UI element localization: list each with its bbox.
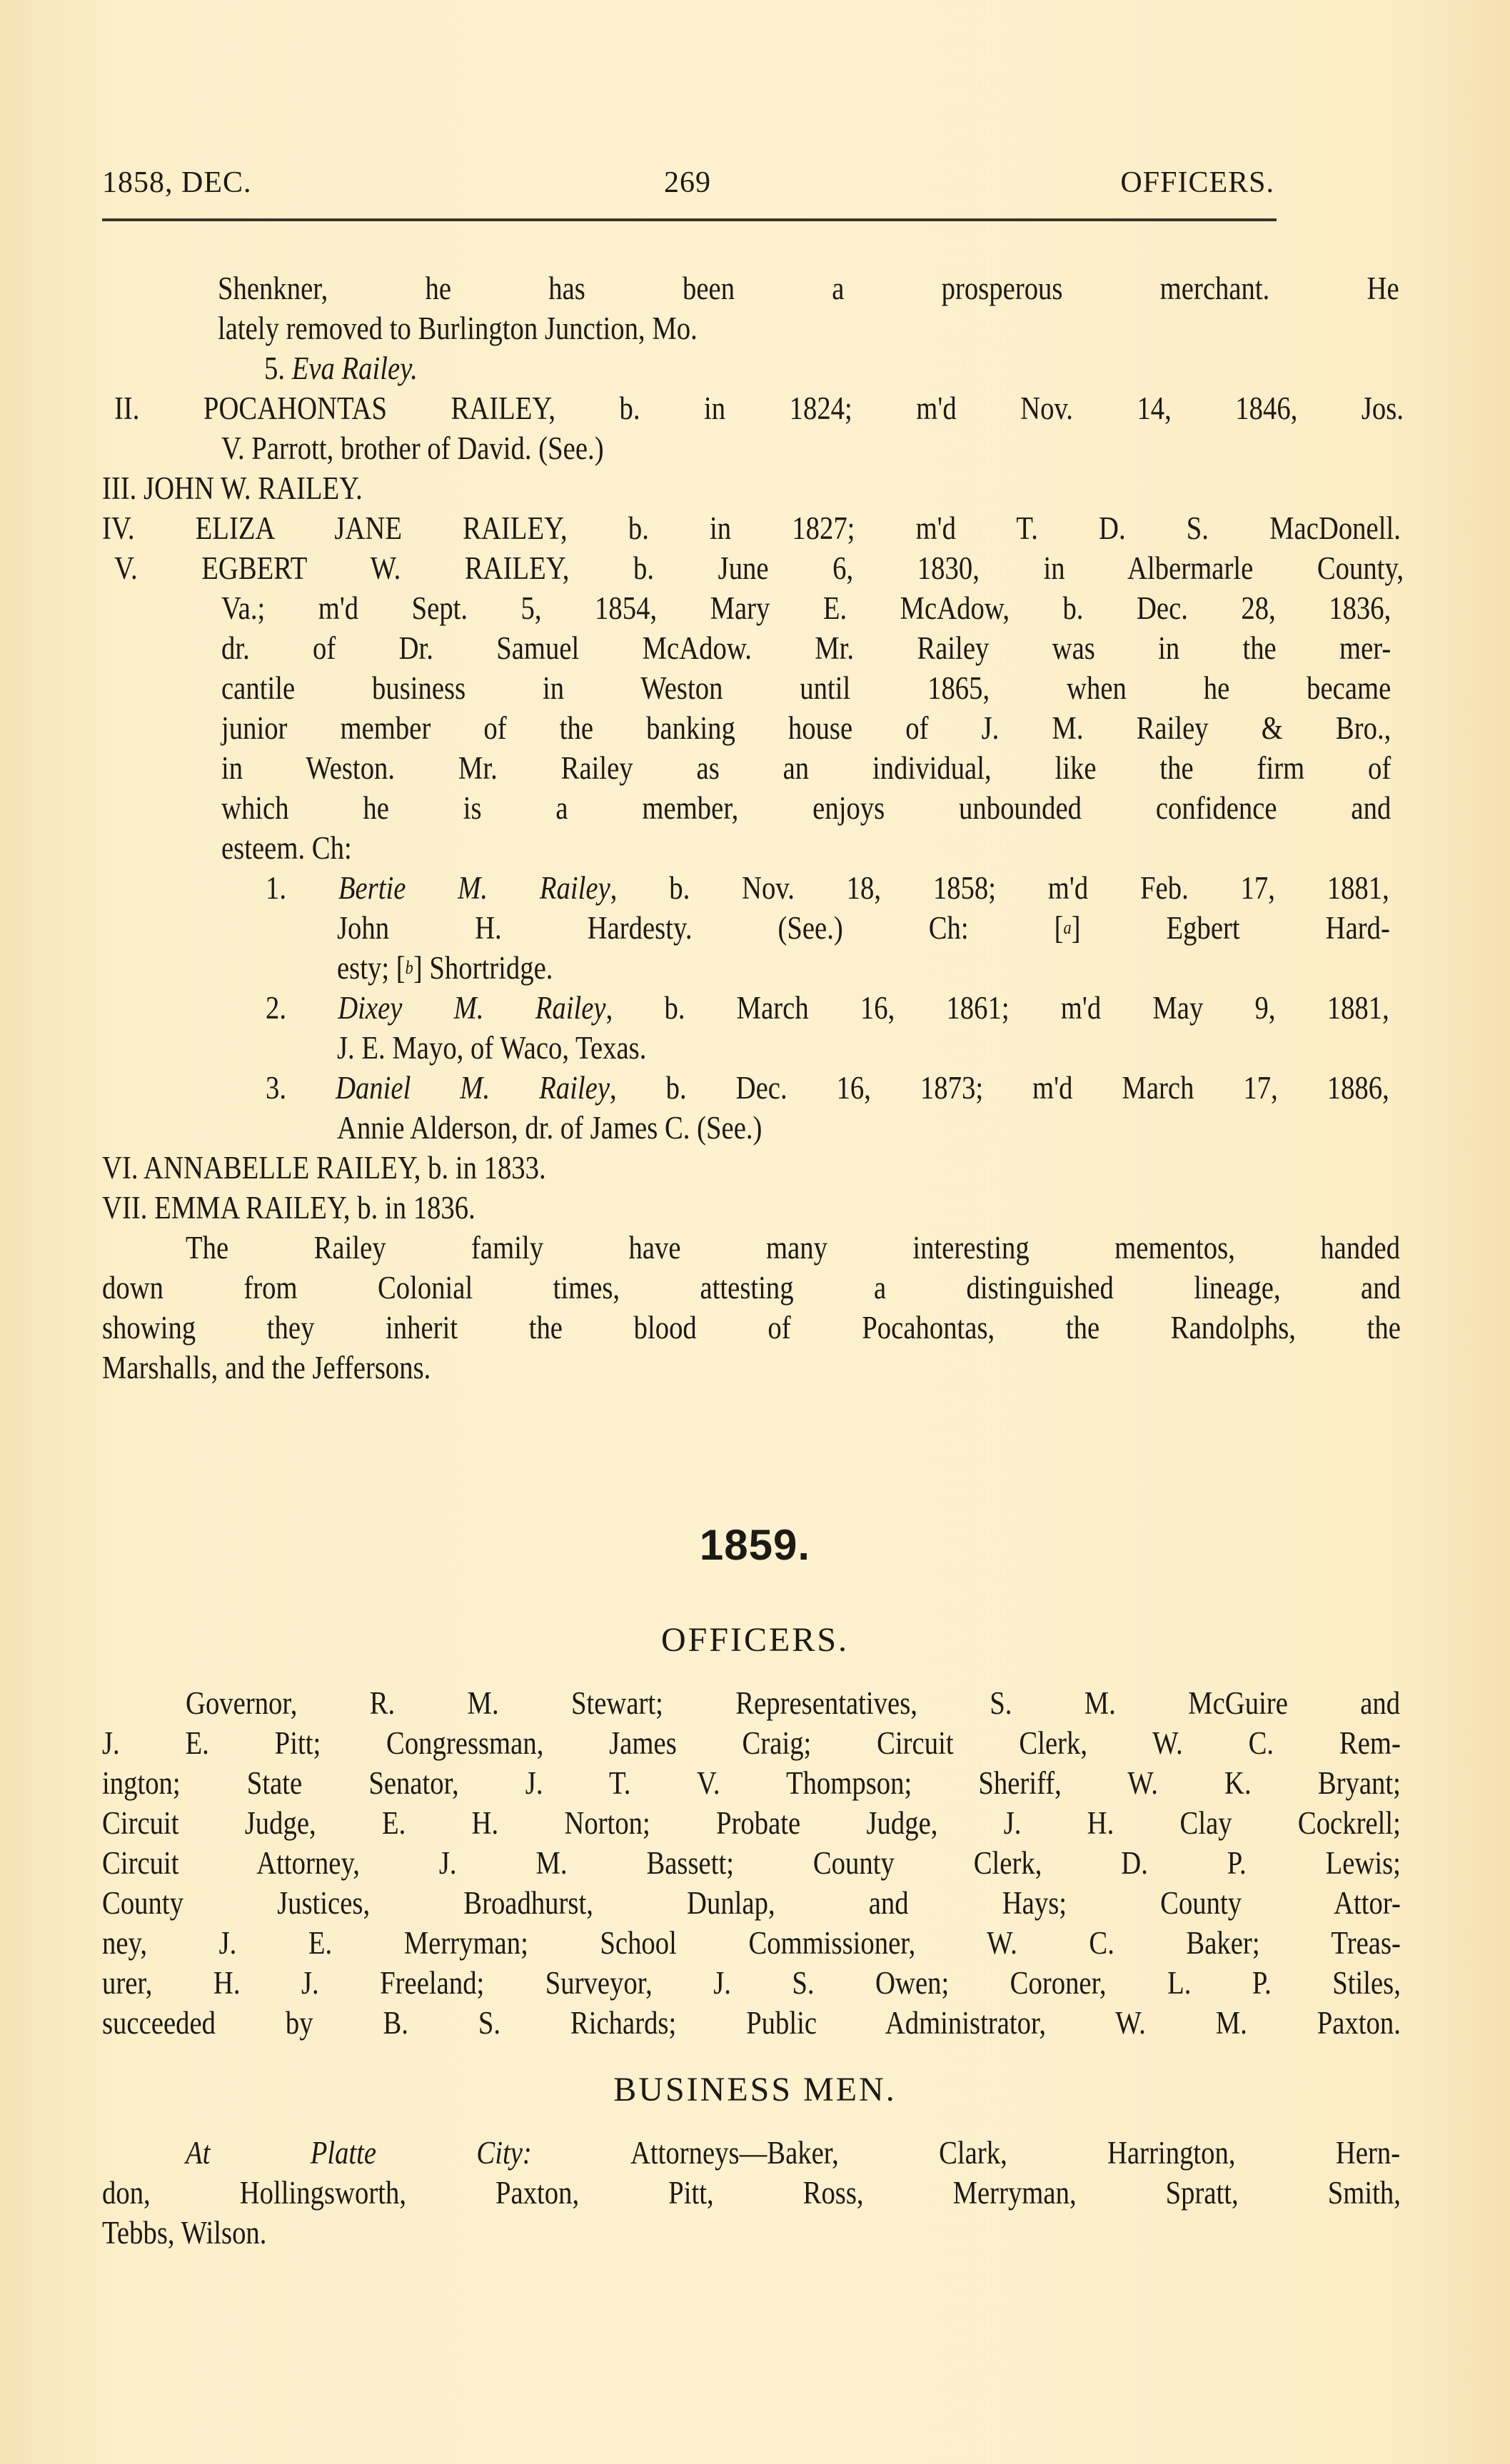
text-fragment: ] Egbert Hard- [1072,910,1390,946]
paragraph-line: County Justices, Broadhurst, Dunlap, and… [102,1883,1401,1923]
paragraph-line: At Platte City: Attorneys—Baker, Clark, … [186,2133,1400,2173]
entry-line: VII. EMMA RAILEY, b. in 1836. [102,1188,1391,1228]
child-entry: 2. Dixey M. Railey, b. March 16, 1861; m… [266,988,1389,1028]
entry-line: esteem. Ch: [221,828,1391,868]
paragraph-line: Circuit Attorney, J. M. Bassett; County … [102,1843,1401,1883]
entry-line: cantile business in Weston until 1865, w… [221,668,1391,708]
paragraph-line: down from Colonial times, attesting a di… [102,1268,1401,1308]
paragraph-line: Marshalls, and the Jeffersons. [102,1348,1401,1388]
entry-line: III. JOHN W. RAILEY. [102,468,1391,508]
text-fragment: John H. Hardesty. (See.) Ch: [ [337,910,1064,946]
child-number: 3. [266,1070,286,1106]
child-name: Bertie M. Railey [338,870,610,906]
paragraph-line: succeeded by B. S. Richards; Public Admi… [102,2003,1401,2043]
child-number: 5. [264,350,285,386]
entry-line: VI. ANNABELLE RAILEY, b. in 1833. [102,1148,1391,1188]
child-name: Eva Railey. [292,350,418,386]
paragraph-line: ington; State Senator, J. T. V. Thompson… [102,1763,1401,1803]
running-header-section: OFFICERS. [1120,166,1274,200]
entry-line: junior member of the banking house of J.… [221,708,1391,748]
child-cont: John H. Hardesty. (See.) Ch: [a] Egbert … [337,908,1390,948]
child-cont: esty; [b] Shortridge. [337,948,1390,988]
text-fragment: Attorneys—Baker, Clark, Harrington, Hern… [532,2135,1400,2171]
entry-line: II. POCAHONTAS RAILEY, b. in 1824; m'd N… [114,388,1404,428]
entry-line: Va.; m'd Sept. 5, 1854, Mary E. McAdow, … [221,588,1391,628]
entry-line: which he is a member, enjoys unbounded c… [221,788,1391,828]
paragraph-line: showing they inherit the blood of Pocaho… [102,1308,1401,1348]
paragraph-line: urer, H. J. Freeland; Surveyor, J. S. Ow… [102,1963,1401,2003]
paragraph-line: The Railey family have many interesting … [186,1228,1400,1268]
text-line: lately removed to Burlington Junction, M… [218,308,1399,348]
paragraph-line: J. E. Pitt; Congressman, James Craig; Ci… [102,1723,1401,1763]
page-number: 269 [664,166,711,200]
text-line: Shenkner, he has been a prosperous merch… [218,268,1399,308]
child-name: Daniel M. Railey [336,1070,610,1106]
paragraph-line: Circuit Judge, E. H. Norton; Probate Jud… [102,1803,1401,1843]
entry-line: IV. ELIZA JANE RAILEY, b. in 1827; m'd T… [102,508,1401,548]
child-details: , b. Dec. 16, 1873; m'd March 17, 1886, [610,1070,1389,1106]
text-fragment: ] Shortridge. [413,950,553,986]
entry-line: dr. of Dr. Samuel McAdow. Mr. Railey was… [221,628,1391,668]
child-number: 2. [266,990,286,1026]
child-cont: Annie Alderson, dr. of James C. (See.) [337,1108,1390,1148]
child-entry: 5. Eva Railey. [264,348,1124,388]
child-details: , b. Nov. 18, 1858; m'd Feb. 17, 1881, [610,870,1389,906]
running-header-date: 1858, DEC. [102,166,252,200]
entry-line: V. Parrott, brother of David. (See.) [221,428,1388,468]
child-number: 1. [266,870,286,906]
child-entry: 1. Bertie M. Railey, b. Nov. 18, 1858; m… [266,868,1389,908]
child-cont: J. E. Mayo, of Waco, Texas. [337,1028,1390,1068]
business-heading: BUSINESS MEN. [0,2070,1510,2109]
child-details: , b. March 16, 1861; m'd May 9, 1881, [606,990,1389,1026]
paragraph-line: Governor, R. M. Stewart; Representatives… [186,1683,1400,1723]
child-entry: 3. Daniel M. Railey, b. Dec. 16, 1873; m… [266,1068,1389,1108]
superscript: a [1064,917,1072,938]
child-name: Dixey M. Railey [338,990,605,1026]
text-fragment: esty; [ [337,950,406,986]
officers-heading: OFFICERS. [0,1620,1510,1660]
paragraph-line: Tebbs, Wilson. [102,2213,1401,2253]
year-heading: 1859. [0,1520,1510,1570]
paragraph-line: ney, J. E. Merryman; School Commissioner… [102,1923,1401,1963]
entry-line: in Weston. Mr. Railey as an individual, … [221,748,1391,788]
place-label: At Platte City: [186,2135,532,2171]
superscript: b [406,957,413,978]
header-rule [102,218,1277,221]
paragraph-line: don, Hollingsworth, Paxton, Pitt, Ross, … [102,2173,1401,2213]
entry-line: V. EGBERT W. RAILEY, b. June 6, 1830, in… [114,548,1404,588]
